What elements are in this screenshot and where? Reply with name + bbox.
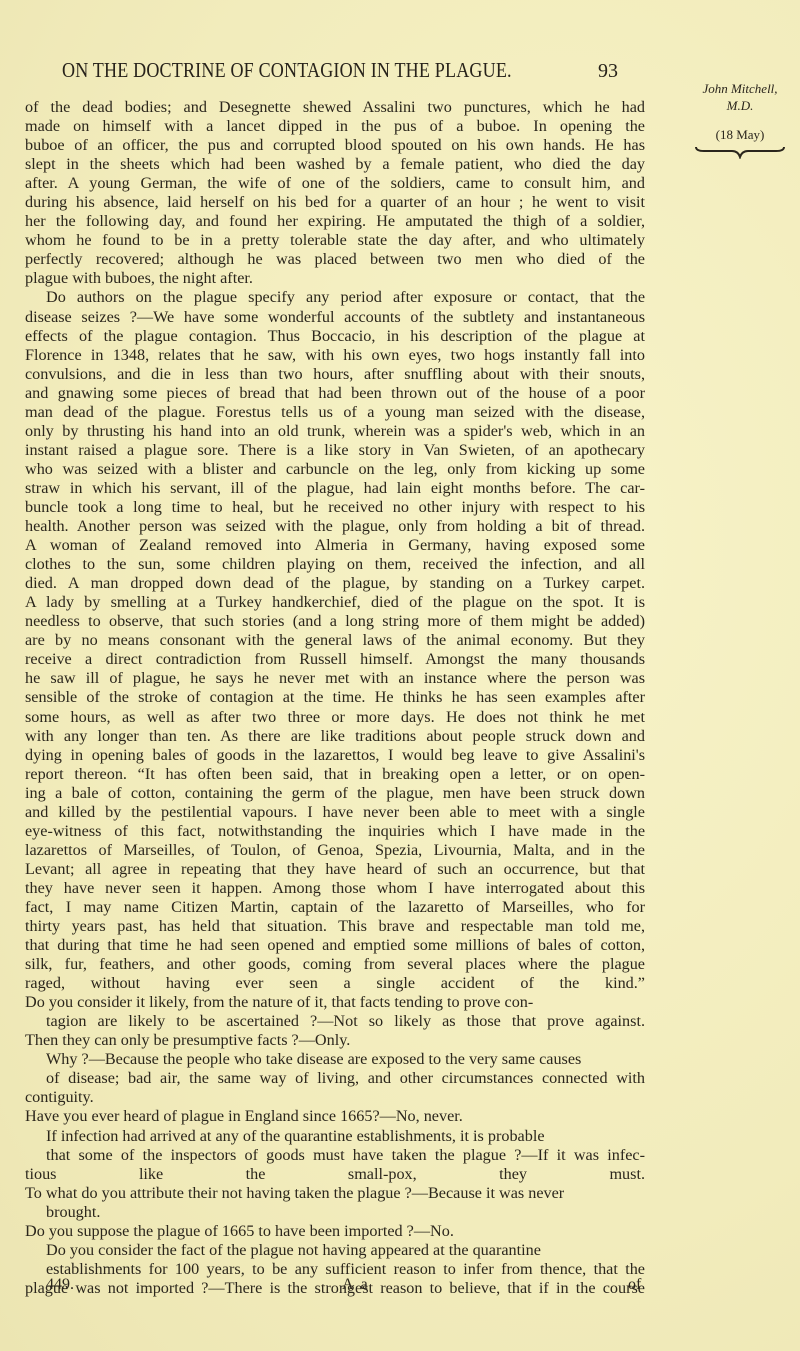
text-line: died. A man dropped down dead of the pla… (25, 574, 645, 593)
margin-note-name: John Mitchell, (680, 80, 800, 97)
text-line: instant raised a plague sore. There is a… (25, 441, 645, 460)
page-footer: 449. A a of (0, 1276, 800, 1298)
text-line: thirty years past, has held that situati… (25, 917, 645, 936)
text-line: slept in the sheets which had been washe… (25, 155, 645, 174)
text-line: Do you suppose the plague of 1665 to hav… (25, 1222, 645, 1241)
text-line: Do authors on the plague specify any per… (25, 288, 645, 307)
text-line: they have never seen it happen. Among th… (25, 879, 645, 898)
text-line: are by no means consonant with the gener… (25, 631, 645, 650)
text-line: that during that time he had seen opened… (25, 936, 645, 955)
text-line: sensible of the stroke of contagion at t… (25, 688, 645, 707)
text-line: who was seized with a blister and carbun… (25, 460, 645, 479)
text-line: straw in which his servant, ill of the p… (25, 479, 645, 498)
text-line: some hours, as well as after two three o… (25, 708, 645, 727)
text-line: Why ?—Because the people who take diseas… (25, 1050, 645, 1069)
text-line: clothes to the sun, some children playin… (25, 555, 645, 574)
text-line: If infection had arrived at any of the q… (25, 1127, 645, 1146)
text-line: plague with buboes, the night after. (25, 269, 645, 288)
text-line: made on himself with a lancet dipped in … (25, 117, 645, 136)
text-line: To what do you attribute their not havin… (25, 1184, 645, 1203)
text-line: whom he found to be in a pretty tolerabl… (25, 231, 645, 250)
text-line: he saw ill of plague, he says he never m… (25, 669, 645, 688)
text-line: lazarettos of Marseilles, of Toulon, of … (25, 841, 645, 860)
text-line: that some of the inspectors of goods mus… (25, 1146, 645, 1165)
text-line: contiguity. (25, 1088, 645, 1107)
text-line: needless to observe, that such stories (… (25, 612, 645, 631)
text-line: dying in opening bales of goods in the l… (25, 746, 645, 765)
text-line: tagion are likely to be ascertained ?—No… (25, 1012, 645, 1031)
text-line: Levant; all agree in repeating that they… (25, 860, 645, 879)
text-line: buboe of an officer, the pus and corrupt… (25, 136, 645, 155)
text-line: her the following day, and found her exp… (25, 212, 645, 231)
text-line: health. Another person was seized with t… (25, 517, 645, 536)
text-line: perfectly recovered; although he was pla… (25, 250, 645, 269)
text-line: and gnawing some pieces of bread that ha… (25, 384, 645, 403)
body-text: of the dead bodies; and Desegnette shewe… (25, 98, 645, 1298)
text-line: effects of the plague contagion. Thus Bo… (25, 327, 645, 346)
text-line: silk, fur, feathers, and other goods, co… (25, 955, 645, 974)
text-line: during his absence, laid herself on his … (25, 193, 645, 212)
text-line: convulsions, and die in less than two ho… (25, 365, 645, 384)
text-line: of the dead bodies; and Desegnette shewe… (25, 98, 645, 117)
margin-note-date: (18 May) (680, 126, 800, 143)
text-line: raged, without having ever seen a single… (25, 974, 645, 993)
text-line: Do you consider the fact of the plague n… (25, 1241, 645, 1260)
text-line: ing a bale of cotton, containing the ger… (25, 784, 645, 803)
text-line: man dead of the plague. Forestus tells u… (25, 403, 645, 422)
text-line: Have you ever heard of plague in England… (25, 1107, 645, 1126)
text-line: Florence in 1348, relates that he saw, w… (25, 346, 645, 365)
text-line: A woman of Zealand removed into Almeria … (25, 536, 645, 555)
text-line: with any longer than ten. As there are l… (25, 727, 645, 746)
text-line: report thereon. “It has often been said,… (25, 765, 645, 784)
text-line: fact, I may name Citizen Martin, captain… (25, 898, 645, 917)
margin-note: John Mitchell, M.D. (18 May) (680, 80, 800, 159)
text-line: Do you consider it likely, from the natu… (25, 993, 645, 1012)
text-line: and killed by the pestilential vapours. … (25, 803, 645, 822)
curly-brace-icon (694, 145, 786, 159)
text-line: receive a direct contradiction from Russ… (25, 650, 645, 669)
text-line: of disease; bad air, the same way of liv… (25, 1069, 645, 1088)
text-line: buncle took a long time to heal, but he … (25, 498, 645, 517)
signature-mark: A a (342, 1276, 370, 1294)
text-line: brought. (25, 1203, 645, 1222)
text-line: tious like the small-pox, they must. (25, 1165, 645, 1184)
text-line: eye-witness of this fact, notwithstandin… (25, 822, 645, 841)
book-page: ON THE DOCTRINE OF CONTAGION IN THE PLAG… (0, 0, 800, 1351)
catchword: of (628, 1276, 641, 1294)
text-line: only by thrusting his hand into an old t… (25, 422, 645, 441)
text-line: Then they can only be presumptive facts … (25, 1031, 645, 1050)
signature-number: 449. (46, 1276, 74, 1294)
running-head: ON THE DOCTRINE OF CONTAGION IN THE PLAG… (62, 58, 556, 83)
margin-note-degree: M.D. (680, 97, 800, 114)
page-number: 93 (598, 60, 618, 83)
text-line: disease seizes ?—We have some wonderful … (25, 308, 645, 327)
running-title: ON THE DOCTRINE OF CONTAGION IN THE PLAG… (62, 58, 578, 83)
text-line: A lady by smelling at a Turkey handkerch… (25, 593, 645, 612)
text-line: after. A young German, the wife of one o… (25, 174, 645, 193)
